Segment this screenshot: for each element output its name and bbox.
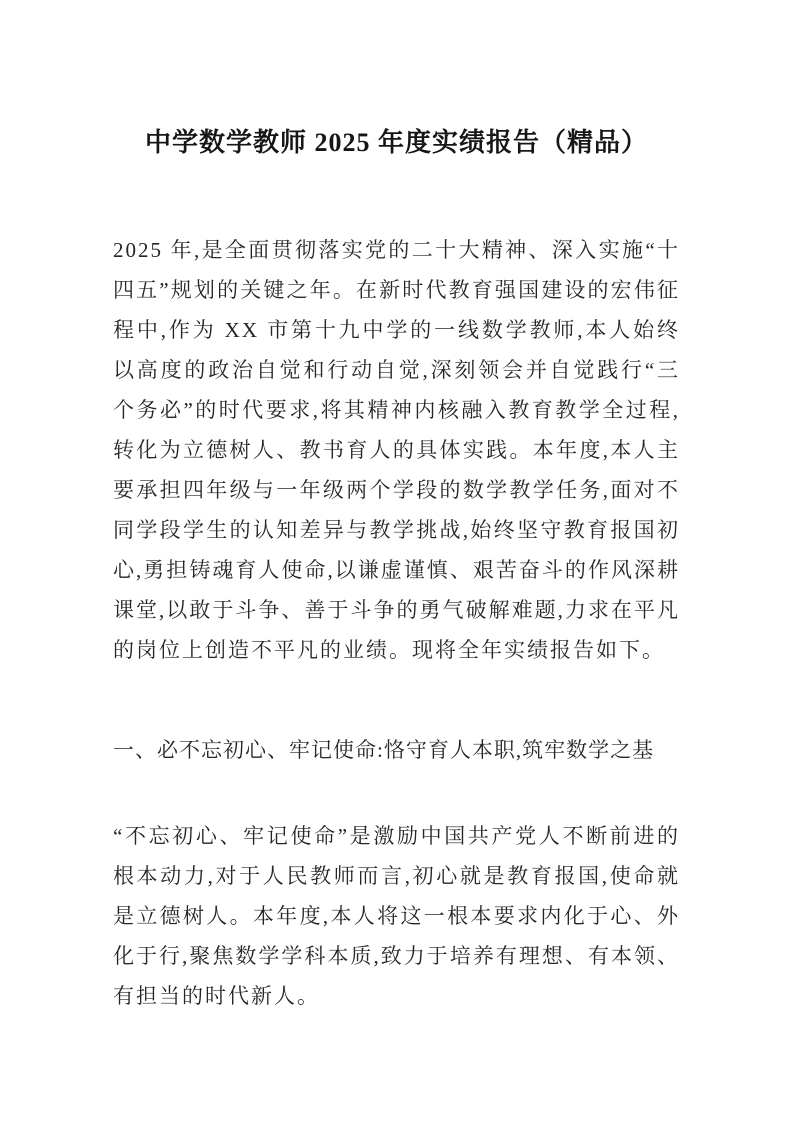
document-page: 中学数学教师 2025 年度实绩报告（精品） 2025 年,是全面贯彻落实党的二… <box>0 0 793 1122</box>
section-1-heading: 一、必不忘初心、牢记使命:恪守育人本职,筑牢数学之基 <box>113 730 680 770</box>
section-1-body-paragraph: “不忘初心、牢记使命”是激励中国共产党人不断前进的根本动力,对于人民教师而言,初… <box>113 816 680 1016</box>
intro-paragraph: 2025 年,是全面贯彻落实党的二十大精神、深入实施“十四五”规划的关键之年。在… <box>113 230 680 670</box>
document-title: 中学数学教师 2025 年度实绩报告（精品） <box>113 123 680 163</box>
